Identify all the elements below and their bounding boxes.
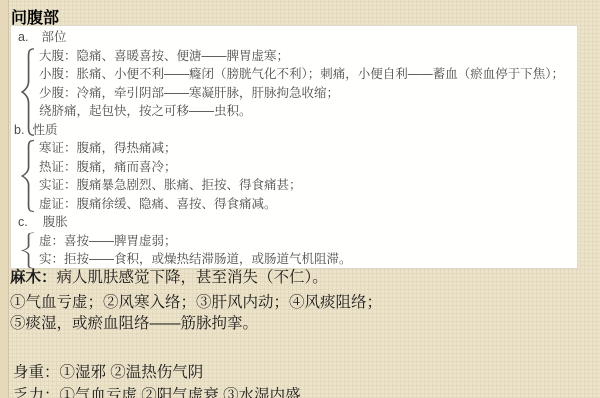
outline-line: 实证：腹痛暴急剧烈、胀痛、拒按、得食痛甚；: [39, 176, 577, 195]
section-b-label: 性质: [32, 121, 57, 140]
section-c-label: 腹胀: [43, 213, 68, 232]
section-b-header: b. 性质: [11, 121, 577, 140]
section-a-marker: a.: [18, 28, 28, 47]
note-numbness-causes-2: ⑤痰湿，或瘀血阻络——筋脉拘挛。: [10, 311, 258, 333]
left-edge-strip: [0, 0, 9, 398]
note-numbness-text: 病人肌肤感觉下降，甚至消失（不仁）。: [57, 269, 328, 286]
note-numbness-causes-1: ①气血亏虚；②风寒入络；③肝风内动；④风痰阻络；: [10, 290, 382, 312]
brace-left-icon: [20, 232, 35, 269]
outline-line: 少腹：冷痛，牵引阴部——寒凝肝脉，肝脉拘急收缩；: [39, 84, 577, 103]
section-a-label: 部位: [41, 28, 66, 47]
outline-line: 小腹：胀痛、小便不利——癃闭（膀胱气化不利）；刺痛，小便自利——蓄血（瘀血停于下…: [39, 65, 577, 84]
brace-left-icon: [20, 47, 35, 137]
outline-line: 虚证：腹痛徐缓、隐痛、喜按、得食痛减。: [39, 195, 577, 214]
outline-line: 寒证：腹痛，得热痛减；: [39, 139, 577, 158]
note-fatigue: 乏力：①气血亏虚 ②阳气虚衰 ③水湿内盛: [13, 383, 301, 398]
content-panel: a. 部位 大腹：隐痛、喜暖喜按、便溏——脾胃虚寒； 小腹：胀痛、小便不利——癃…: [10, 25, 578, 269]
note-heaviness: 身重：①湿邪 ②温热伤气阴: [13, 360, 203, 382]
page-background: 问腹部 a. 部位 大腹：隐痛、喜暖喜按、便溏——脾胃虚寒； 小腹：胀痛、小便不…: [0, 0, 600, 398]
outline-line: 虚：喜按——脾胃虚弱；: [39, 232, 577, 251]
section-a-group: 大腹：隐痛、喜暖喜按、便溏——脾胃虚寒； 小腹：胀痛、小便不利——癃闭（膀胱气化…: [39, 47, 577, 121]
outline-line: 绕脐痛，起包快，按之可移——虫积。: [39, 102, 577, 121]
note-numbness: 麻木：病人肌肤感觉下降，甚至消失（不仁）。: [10, 265, 328, 287]
outline-line: 大腹：隐痛、喜暖喜按、便溏——脾胃虚寒；: [39, 47, 577, 66]
section-c-group: 虚：喜按——脾胃虚弱； 实：拒按——食积，或燥热结滞肠道，或肠道气机阻滞。: [39, 232, 577, 269]
note-numbness-label: 麻木：: [10, 269, 57, 286]
section-a-header: a. 部位: [11, 28, 577, 47]
outline-line: 热证：腹痛，痛而喜冷；: [39, 158, 577, 177]
section-c-marker: c.: [18, 213, 28, 232]
brace-left-icon: [20, 139, 35, 213]
section-c-header: c. 腹胀: [11, 213, 577, 232]
section-b-group: 寒证：腹痛，得热痛减； 热证：腹痛，痛而喜冷； 实证：腹痛暴急剧烈、胀痛、拒按、…: [39, 139, 577, 213]
